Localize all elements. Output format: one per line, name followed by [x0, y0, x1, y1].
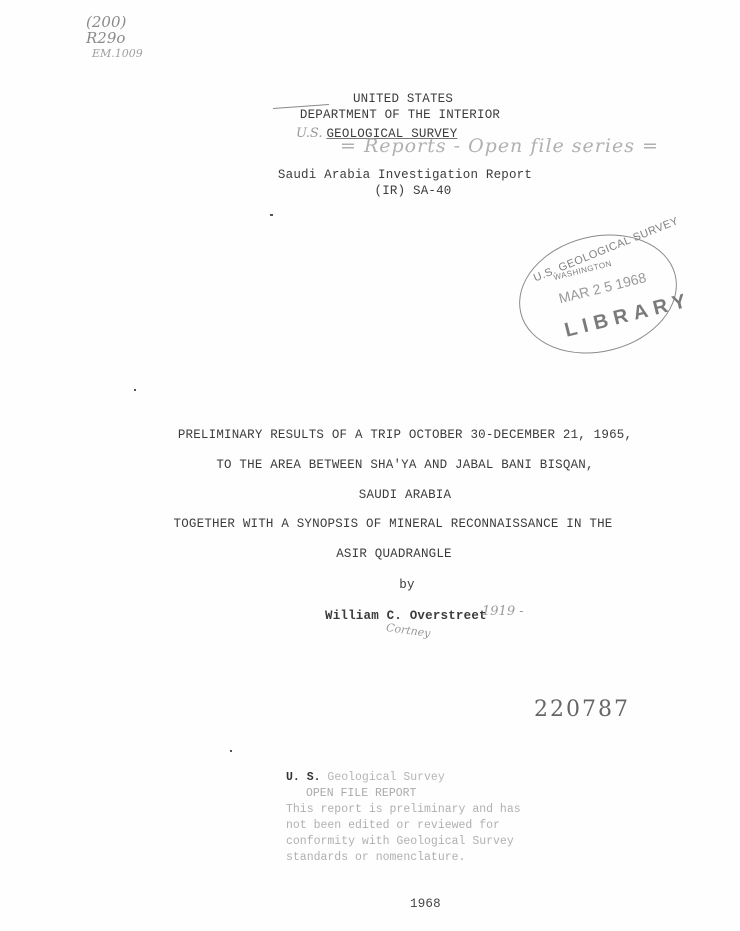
handwritten-series-note: = Reports - Open file series =: [340, 135, 659, 157]
notice-line-standards: standards or nomenclature.: [286, 850, 521, 866]
notice-us-label: U. S.: [286, 771, 321, 784]
notice-agency: Geological Survey: [321, 771, 445, 784]
handwritten-author-years: 1919 -: [482, 604, 524, 619]
ink-speck: [270, 214, 273, 216]
catalog-note-line-1: (200): [86, 14, 143, 30]
header-report-series: Saudi Arabia Investigation Report: [278, 168, 532, 182]
open-file-notice-stamp: U. S. Geological Survey OPEN FILE REPORT…: [286, 770, 521, 866]
notice-line-conformity: conformity with Geological Survey: [286, 834, 521, 850]
notice-open-file-label: OPEN FILE REPORT: [286, 786, 521, 802]
header-department: DEPARTMENT OF THE INTERIOR: [300, 108, 500, 122]
title-line-4: TOGETHER WITH A SYNOPSIS OF MINERAL RECO…: [174, 517, 613, 531]
publication-year: 1968: [410, 897, 441, 911]
notice-line-not-edited: not been edited or reviewed for: [286, 818, 521, 834]
library-received-stamp: U.S. GEOLOGICAL SURVEY WASHINGTON MAR 2 …: [506, 218, 689, 369]
catalog-note-line-2: R29o: [86, 30, 143, 46]
title-line-1: PRELIMINARY RESULTS OF A TRIP OCTOBER 30…: [178, 428, 632, 442]
handwritten-catalog-notes: (200) R29o EM.1009: [86, 14, 143, 62]
header-report-number: (IR) SA-40: [374, 184, 451, 198]
title-line-5: ASIR QUADRANGLE: [336, 547, 452, 561]
ink-speck: [230, 750, 232, 752]
document-page: (200) R29o EM.1009 UNITED STATES DEPARTM…: [0, 0, 740, 931]
header-united-states: UNITED STATES: [353, 92, 453, 106]
handwritten-us-prefix: U.S.: [296, 126, 322, 141]
handwritten-middle-name: Cortney: [385, 621, 431, 640]
catalog-note-line-3: EM.1009: [92, 46, 143, 62]
title-line-2: TO THE AREA BETWEEN SHA'YA AND JABAL BAN…: [216, 458, 593, 472]
title-line-3: SAUDI ARABIA: [359, 488, 451, 502]
author-name: William C. Overstreet: [325, 609, 487, 623]
ink-speck: [134, 389, 136, 391]
accession-number: 220787: [534, 697, 630, 722]
notice-line-preliminary: This report is preliminary and has: [286, 802, 521, 818]
byline-label: by: [399, 578, 414, 592]
